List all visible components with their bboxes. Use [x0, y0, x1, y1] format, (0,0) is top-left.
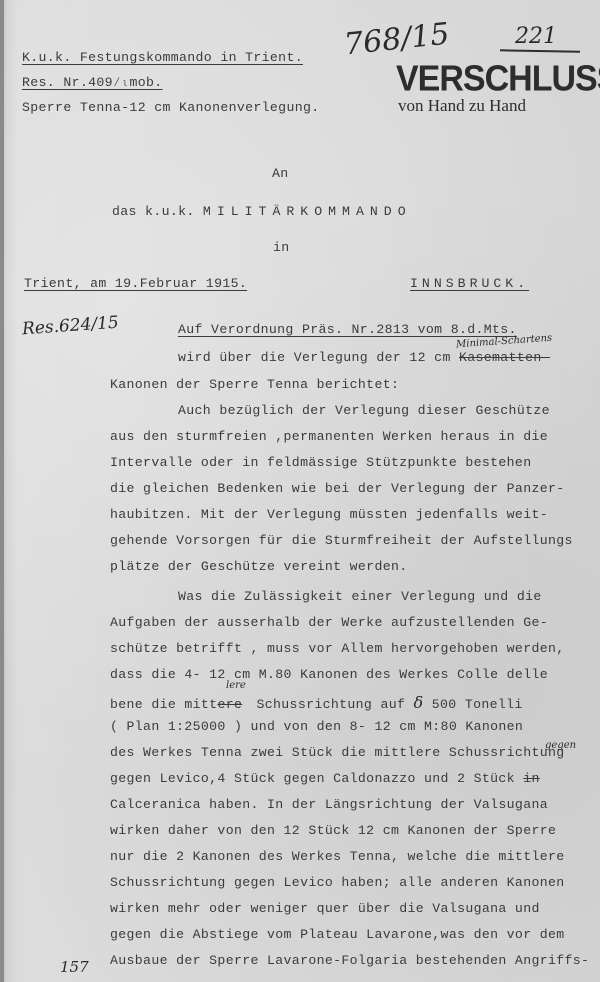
body-line-3: Kanonen der Sperre Tenna berichtet:	[110, 377, 399, 392]
body-line-10: plätze der Geschütze vereint werden.	[110, 559, 408, 574]
body-line-1: Auf Verordnung Präs. Nr.2813 vom 8.d.Mts…	[178, 322, 517, 337]
insert-lere: lere	[226, 680, 246, 691]
footer-mark-handwritten: 157	[60, 958, 89, 976]
body-line-6: Intervalle oder in feldmässige Stützpunk…	[110, 455, 531, 470]
body-line-13: schütze betrifft , muss vor Allem hervor…	[110, 641, 565, 656]
body-line-2: wird über die Verlegung der 12 cm Kasema…	[178, 350, 550, 365]
address-to: An	[272, 166, 289, 181]
file-number-handwritten: 768/15	[342, 17, 451, 63]
struck-kasematten: Kasematten-	[459, 350, 550, 365]
place-date: Trient, am 19.Februar 1915.	[24, 276, 247, 291]
body-line-16: ( Plan 1:25000 ) und von den 8- 12 cm M:…	[110, 719, 523, 734]
body-line-20: wirken daher von den 12 Stück 12 cm Kano…	[110, 823, 556, 838]
scan-edge	[0, 0, 4, 982]
body-line-8: haubitzen. Mit der Verlegung müssten jed…	[110, 507, 548, 522]
page-number-handwritten: 221	[515, 24, 557, 49]
body-line-22: Schussrichtung gegen Levico haben; alle …	[110, 875, 565, 890]
reference-number: Res. Nr.409⁄ₗmob.	[22, 75, 163, 90]
verschluss-stamp-subtitle: von Hand zu Hand	[398, 96, 526, 116]
body-line-15: bene die mittere Schussrichtung auf δ 50…	[110, 693, 523, 712]
insert-gegen: gegen	[545, 740, 576, 751]
margin-reference-handwritten: Res.624/15	[21, 313, 119, 340]
subject-line: Sperre Tenna-12 cm Kanonenverlegung.	[22, 100, 320, 115]
sender-line: K.u.k. Festungskommando in Trient.	[22, 50, 303, 65]
address-in: in	[273, 240, 290, 255]
body-line-19: Calceranica haben. In der Längsrichtung …	[110, 797, 548, 812]
recipient-line: das k.u.k. MILITÄRKOMMANDO	[112, 204, 412, 219]
body-line-7: die gleichen Bedenken wie bei der Verleg…	[110, 481, 565, 496]
body-line-5: aus den sturmfreien ,permanenten Werken …	[110, 429, 548, 444]
document-page: K.u.k. Festungskommando in Trient. Res. …	[0, 0, 600, 982]
body-line-11: Was die Zulässigkeit einer Verlegung und…	[178, 589, 542, 604]
verschluss-stamp-title: VERSCHLUSS	[396, 59, 600, 100]
body-line-4: Auch bezüglich der Verlegung dieser Gesc…	[178, 403, 550, 418]
destination-city: INNSBRUCK.	[410, 276, 529, 291]
body-line-23: wirken mehr oder weniger quer über die V…	[110, 901, 540, 916]
body-line-25: Ausbaue der Sperre Lavarone-Folgaria bes…	[110, 953, 589, 968]
body-line-9: gehende Vorsorgen für die Sturmfreiheit …	[110, 533, 573, 548]
body-line-17: des Werkes Tenna zwei Stück die mittlere…	[110, 745, 565, 760]
body-line-14: dass die 4- 12 cm M.80 Kanonen des Werke…	[110, 667, 548, 682]
inserted-delta-mark: δ	[414, 693, 424, 712]
body-line-12: Aufgaben der ausserhalb der Werke aufzus…	[110, 615, 548, 630]
body-line-18: gegen Levico,4 Stück gegen Caldonazzo un…	[110, 771, 540, 786]
struck-in: in	[523, 771, 540, 786]
body-line-24: gegen die Abstiege vom Plateau Lavarone,…	[110, 927, 565, 942]
page-number-underline	[500, 49, 580, 52]
recipient-prefix: das k.u.k.	[112, 204, 195, 219]
body-line-21: nur die 2 Kanonen des Werkes Tenna, welc…	[110, 849, 565, 864]
recipient-name: MILITÄRKOMMANDO	[203, 204, 412, 219]
